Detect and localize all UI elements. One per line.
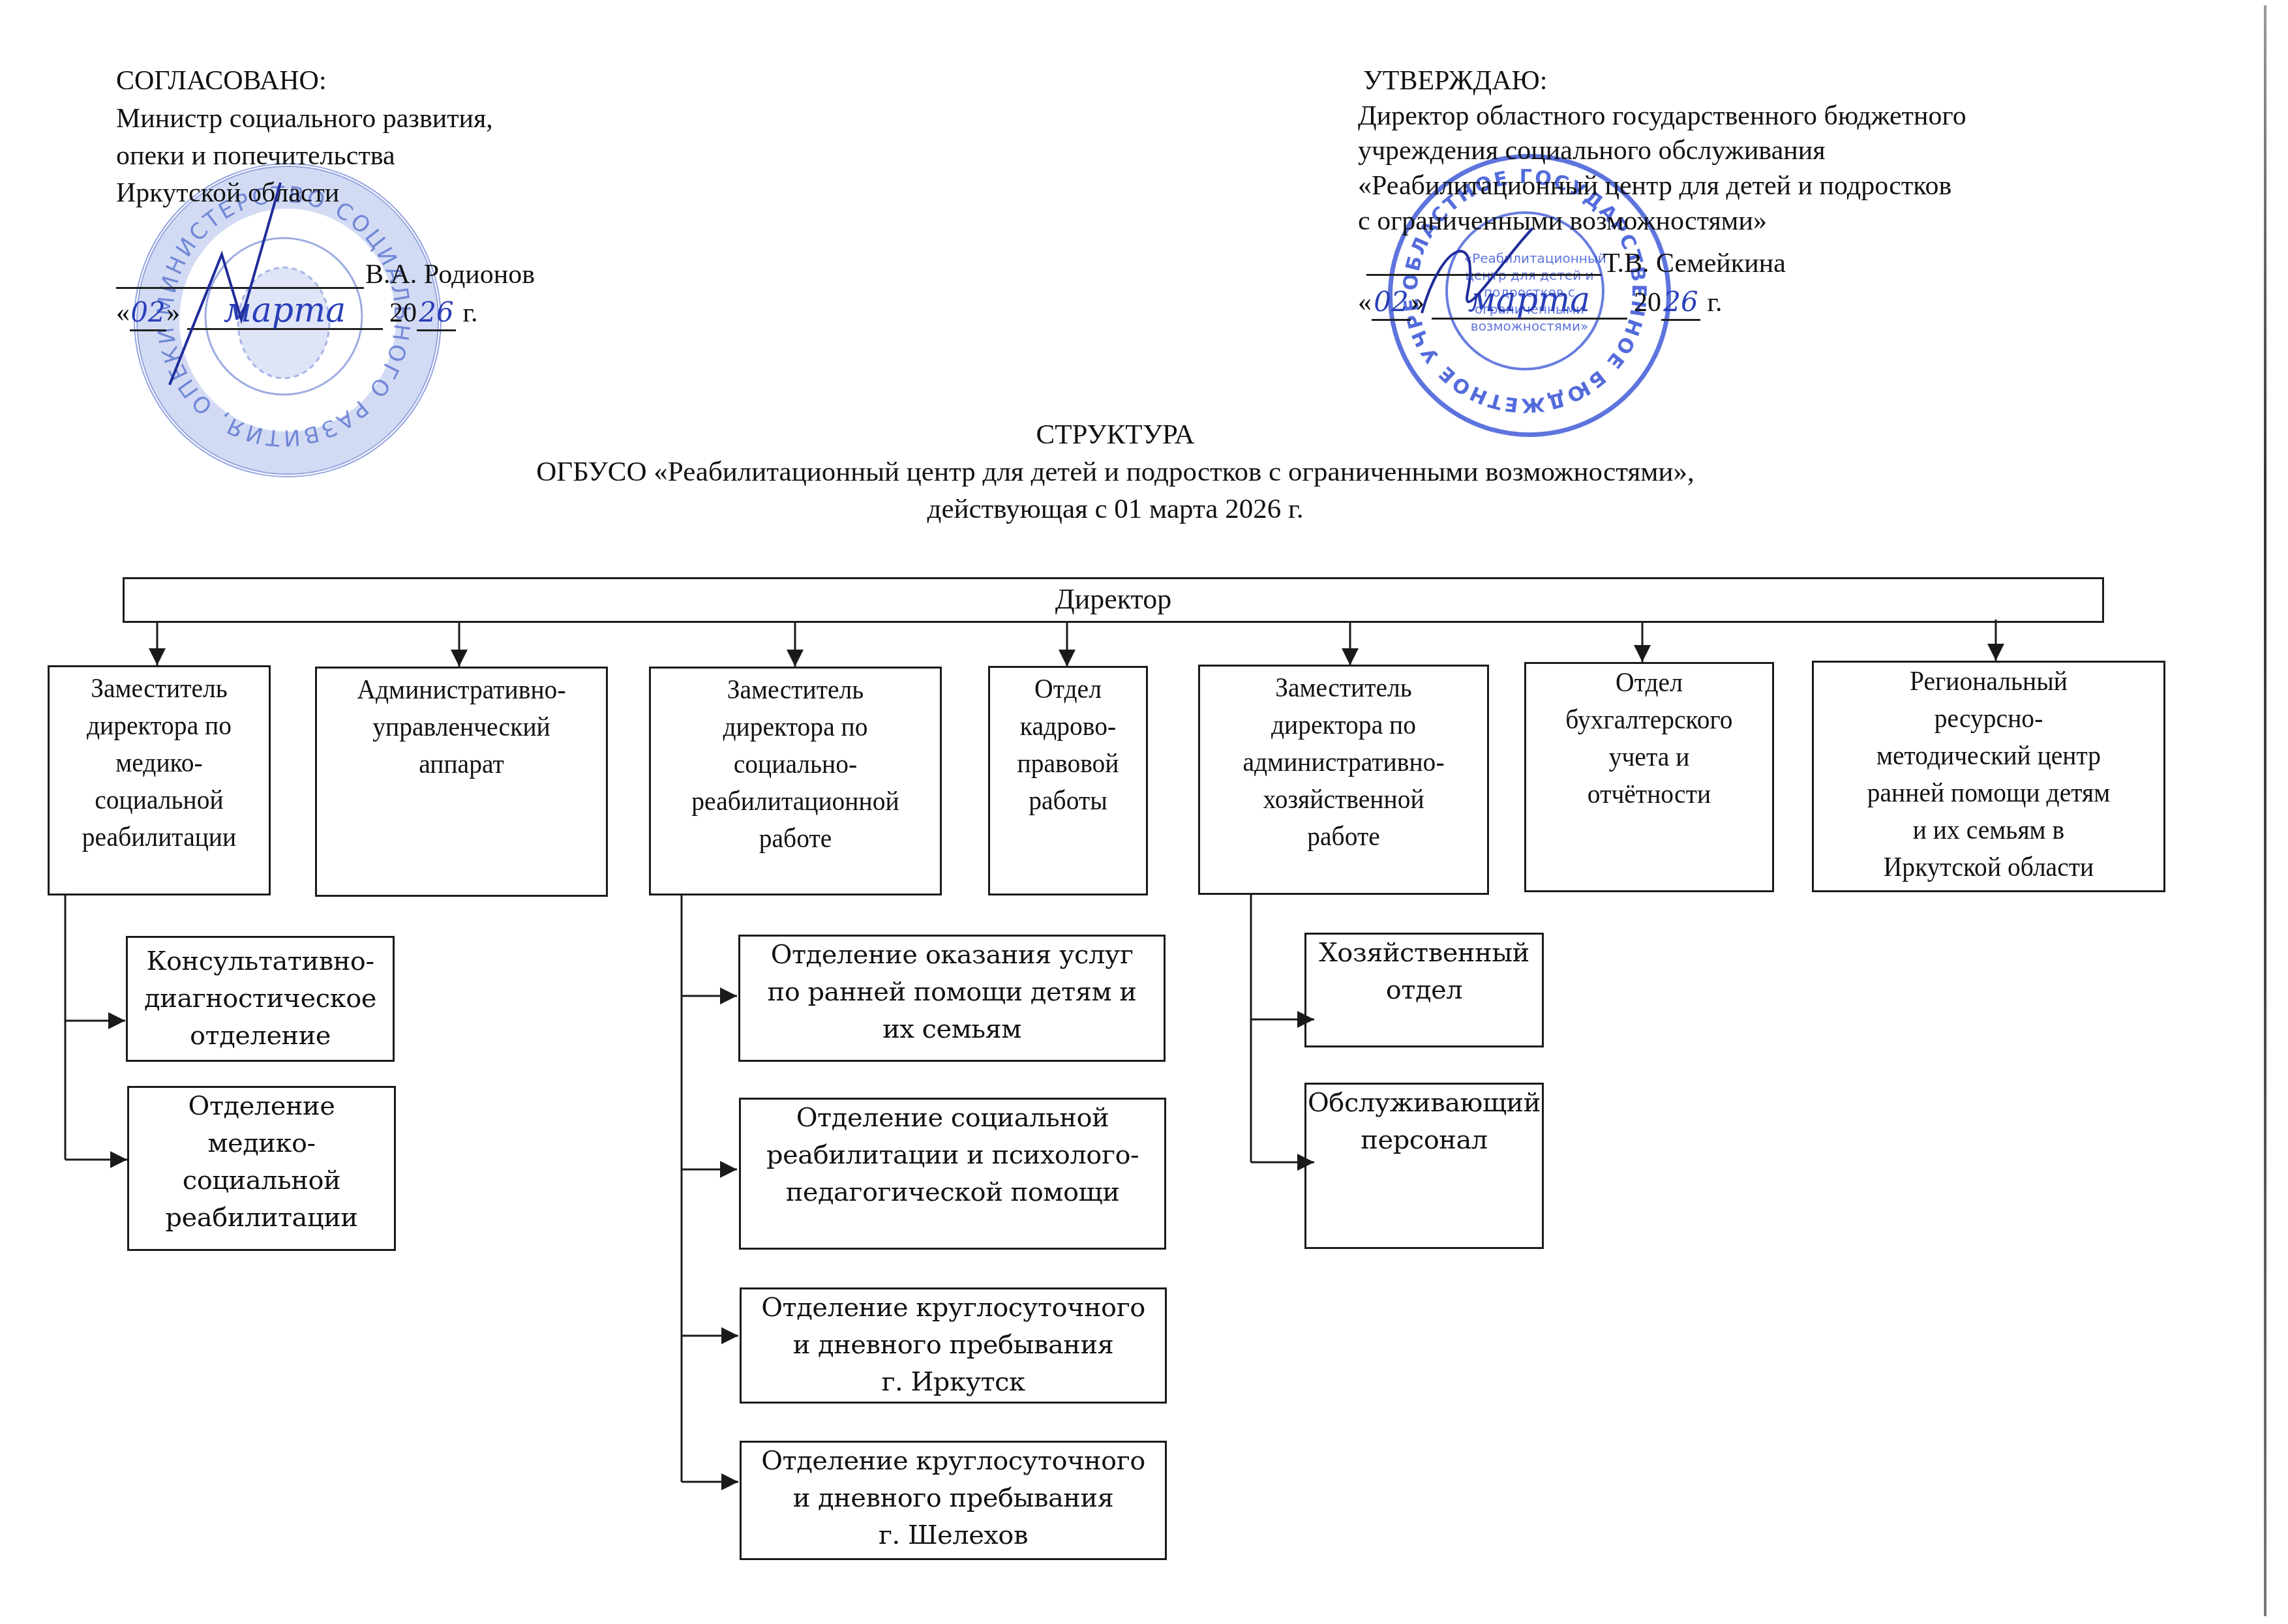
org-regional-early-help-center: Региональный ресурсно- методический цент…: [1812, 661, 2165, 892]
org-service-staff: Обслуживающий персонал: [1304, 1083, 1544, 1249]
org-social-rehab-psych-dept: Отделение социальной реабилитации и псих…: [739, 1098, 1166, 1250]
org-medical-social-rehab-dept: Отделение медико- социальной реабилитаци…: [127, 1086, 396, 1251]
org-director-box: Директор: [123, 577, 2104, 623]
org-deputy-admin-economic: Заместитель директора по административно…: [1198, 665, 1489, 895]
org-admin-apparatus: Административно- управленческий аппарат: [315, 667, 608, 897]
org-accounting-dept: Отдел бухгалтерского учета и отчётности: [1524, 662, 1774, 892]
org-hr-legal-dept: Отдел кадрово- правовой работы: [988, 666, 1148, 895]
org-deputy-social-rehab: Заместитель директора по социально- реаб…: [649, 667, 942, 895]
org-round-the-clock-irkutsk-dept: Отделение круглосуточного и дневного пре…: [740, 1287, 1167, 1404]
org-early-help-services-dept: Отделение оказания услуг по ранней помощ…: [738, 935, 1166, 1062]
org-economic-dept: Хозяйственный отдел: [1304, 933, 1544, 1047]
org-round-the-clock-shelekhov-dept: Отделение круглосуточного и дневного пре…: [740, 1441, 1167, 1560]
org-director-label: Директор: [1055, 583, 1172, 615]
scan-edge-line: [2264, 5, 2266, 1616]
org-deputy-medical: Заместитель директора по медико- социаль…: [48, 665, 271, 895]
org-consult-diagnostic-dept: Консультативно- диагностическое отделени…: [126, 936, 395, 1062]
